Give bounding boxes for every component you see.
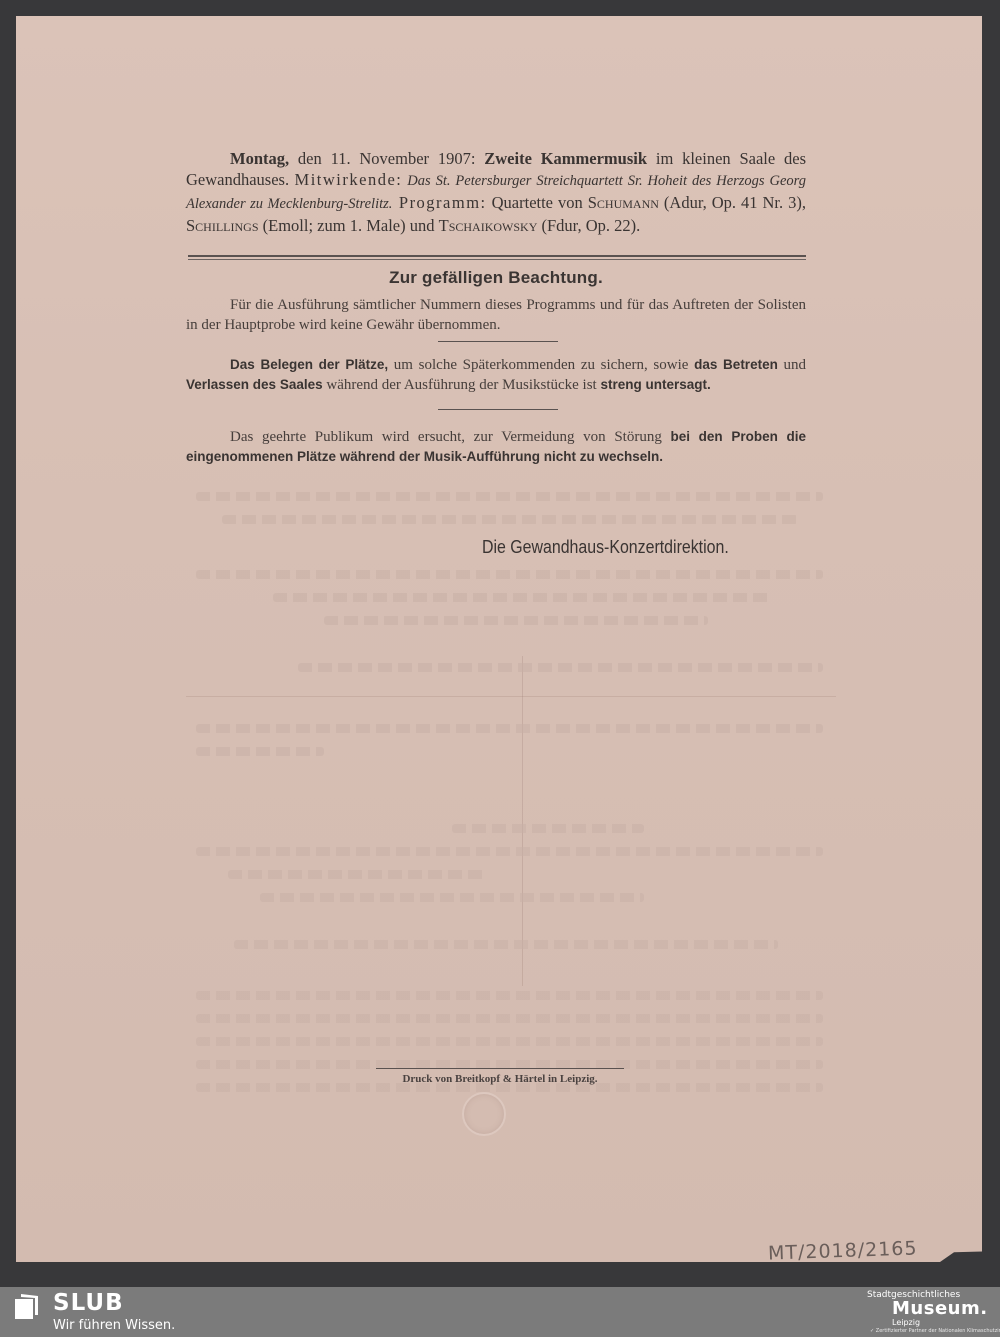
slub-tagline: Wir führen Wissen. <box>53 1318 175 1333</box>
notice-paragraph-2: Das Belegen der Plätze, um solche Später… <box>186 355 806 395</box>
printer-rule <box>376 1068 624 1069</box>
slub-logo-text[interactable]: SLUB <box>53 1290 124 1316</box>
composer-name: Tschaikowsky <box>439 216 538 235</box>
slub-book-icon <box>14 1293 40 1321</box>
embossed-seal-icon <box>462 1092 506 1136</box>
short-divider <box>438 341 558 342</box>
museum-logo[interactable]: Stadtgeschichtliches Museum. Leipzig ✓ Z… <box>820 1287 1000 1337</box>
notice-paragraph-3: Das geehrte Publikum wird ersucht, zur V… <box>186 427 806 467</box>
short-divider <box>438 409 558 410</box>
signature: Die Gewandhaus-Konzertdirektion. <box>482 536 729 558</box>
double-rule-divider <box>188 255 806 260</box>
composer-name: Schillings <box>186 216 259 235</box>
concert-announcement: Montag, den 11. November 1907: Zweite Ka… <box>186 148 806 236</box>
notice-paragraph-1: Für die Ausführung sämtlicher Nummern di… <box>186 295 806 335</box>
show-through-text <box>196 492 836 1106</box>
footer-bar: SLUB Wir führen Wissen. Stadtgeschichtli… <box>0 1287 1000 1337</box>
composer-name: Schumann <box>588 193 659 212</box>
printer-imprint: Druck von Breitkopf & Härtel in Leipzig. <box>376 1073 624 1085</box>
notice-heading: Zur gefälligen Beachtung. <box>186 268 806 288</box>
